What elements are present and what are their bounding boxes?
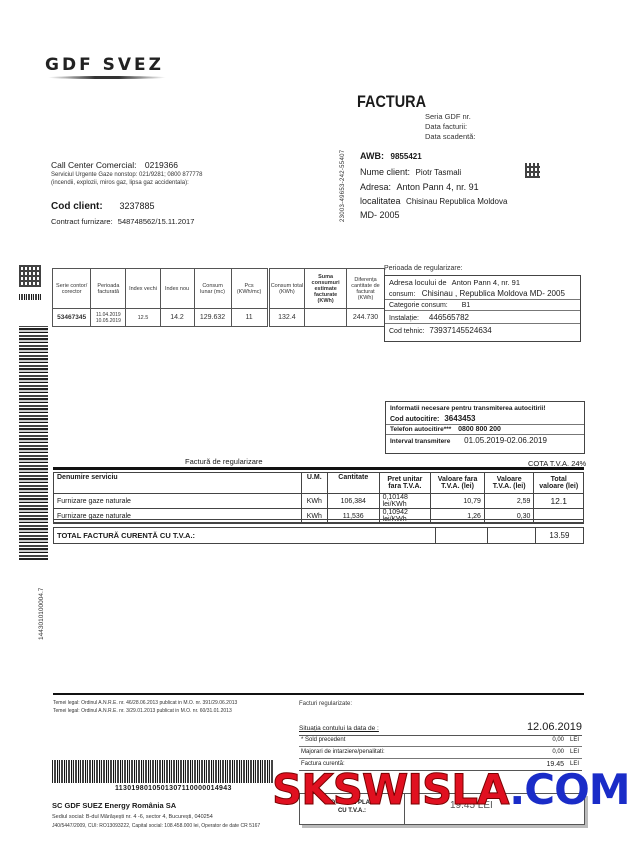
adresa-loc-value: Anton Pann 4, nr. 91	[452, 278, 520, 287]
cod-autocitire-value: 3643453	[444, 414, 475, 423]
situatia-row: Situația contului la data de : 12.06.201…	[299, 723, 582, 736]
data-facturii-label: Data facturii:	[425, 122, 467, 131]
header-denumire: Denumire serviciu	[54, 473, 302, 494]
cell-diferenta: 244.730	[347, 309, 385, 327]
urgente-line-2: (incendii, explozii, miros gaz, lipsa ga…	[51, 180, 189, 186]
awb-label: AWB:	[360, 151, 384, 161]
account-row: Majorari de intarziere/penalitati: 0,00 …	[299, 747, 582, 759]
header-total: Total valoare (lei)	[534, 473, 584, 494]
row-0-um: KWh	[301, 494, 327, 509]
meter-table-header: Serie contor/ corector Perioada facturat…	[53, 269, 385, 309]
cod-tehnic-label: Cod tehnic:	[389, 328, 424, 335]
watermark: SKSWISLA.COM	[272, 765, 630, 814]
facturi-regularizate-label: Facturi regularizate:	[299, 701, 352, 707]
row-0-cantitate: 106,384	[327, 494, 379, 509]
localitatea-value: Chisinau Republica Moldova	[406, 197, 507, 206]
invoice-title: FACTURA	[357, 92, 426, 112]
total-empty-1	[435, 528, 487, 544]
header-serie: Serie contor/ corector	[53, 269, 91, 309]
watermark-red: SKSWISLA	[272, 765, 509, 814]
logo-swoosh-decoration	[48, 76, 166, 79]
small-barcode-icon	[19, 294, 41, 300]
majorari-label: Majorari de intarziere/penalitati:	[301, 749, 385, 755]
consum-row: consum: Chisinau , Republica Moldova MD-…	[385, 287, 580, 300]
situatia-label: Situația contului la data de :	[299, 725, 379, 732]
autocitire-box: Informatii necesare pentru transmiterea …	[385, 401, 585, 454]
telefon-autocitire-label: Telefon autocitire***	[390, 426, 451, 433]
company-reg: J40/5447/2009, CUI: RO13093222, Capital …	[52, 823, 260, 828]
qr-code-icon	[525, 163, 540, 178]
consum-label: consum:	[389, 291, 415, 298]
instalatie-value: 446565782	[429, 313, 469, 322]
cod-tehnic-row: Cod tehnic: 73937145524634	[385, 324, 580, 335]
cell-serie: 53467345	[53, 309, 91, 327]
header-pret: Pret unitar fara T.V.A.	[379, 473, 431, 494]
call-center-label: Call Center Comercial:	[51, 160, 137, 170]
legal-line-2: Temei legal: Ordinul A.N.R.E. nr. 3/29.0…	[53, 708, 232, 714]
header-diferenta: Diferența cantitate de facturat (KWh)	[347, 269, 385, 309]
row-0-valoare: 10,79	[431, 494, 485, 509]
vertical-code: 23003-49653-242-55407	[340, 150, 346, 222]
services-header: Denumire serviciu U.M. Cantitate Pret un…	[54, 473, 584, 494]
call-center-value: 0219366	[145, 160, 178, 170]
total-value: 13.59	[535, 528, 583, 544]
situatia-date: 12.06.2019	[527, 721, 582, 733]
autocitire-title: Informatii necesare pentru transmiterea …	[386, 402, 584, 413]
header-consum-total: Consum total (KWh)	[268, 269, 305, 309]
total-label: TOTAL FACTURĂ CURENTĂ CU T.V.A.:	[54, 528, 436, 544]
header-suma-estimate: Suma consumuri estimate facturate (KWh)	[305, 269, 347, 309]
total-row: TOTAL FACTURĂ CURENTĂ CU T.V.A.: 13.59	[54, 528, 584, 544]
header-cantitate: Cantitate	[327, 473, 379, 494]
double-rule	[53, 519, 584, 523]
legal-line-1: Temei legal: Ordinul A.N.R.E. nr. 46/28.…	[53, 700, 237, 706]
gdf-suez-logo: GDF SVEZ	[45, 55, 164, 75]
adresa: Adresa: Anton Pann 4, nr. 91	[360, 182, 479, 192]
cod-autocitire-row: Cod autocitire: 3643453	[386, 413, 584, 425]
contract: Contract furnizare: 548748562/15.11.2017	[51, 217, 194, 226]
vertical-barcode	[19, 326, 48, 560]
company-sediu: Sediul social: B-dul Mărășești nr. 4 -6,…	[52, 814, 213, 820]
header-pcs: Pcs (KWh/mc)	[231, 269, 268, 309]
section-title: Factură de regularizare	[185, 457, 263, 466]
row-0-total: 12.1	[534, 494, 584, 509]
location-box: Adresa locului de Anton Pann 4, nr. 91 c…	[384, 275, 581, 342]
watermark-blue: .COM	[509, 765, 629, 814]
localitatea: localitatea Chisinau Republica Moldova	[360, 196, 507, 206]
cod-tehnic-value: 73937145524634	[429, 326, 491, 335]
sold-precedent-value: 0,00	[552, 737, 564, 743]
cell-index-vechi: 12.5	[126, 309, 160, 327]
awb: AWB: 9855421	[360, 151, 422, 161]
cod-client: Cod client: 3237885	[51, 201, 155, 212]
majorari-unit: LEI	[570, 749, 579, 755]
total-empty-2	[487, 528, 535, 544]
adresa-value: Anton Pann 4, nr. 91	[397, 182, 479, 192]
account-row: * Sold precedent 0,00 LEI	[299, 736, 582, 747]
adresa-loc-consum: Adresa locului de Anton Pann 4, nr. 91	[385, 276, 580, 287]
header-um: U.M.	[301, 473, 327, 494]
majorari-value: 0,00	[552, 749, 564, 755]
categorie-value: B1	[462, 302, 471, 309]
perioada-start: 11.04.2019	[92, 312, 124, 318]
instalatie-label: Instalație:	[389, 315, 419, 322]
cell-suma-estimate	[305, 309, 347, 327]
cell-perioada: 11.04.201910.05.2019	[91, 309, 126, 327]
vertical-number: 1443010100004.7	[38, 588, 45, 640]
interval-value: 01.05.2019-02.06.2019	[464, 436, 547, 445]
header-tva: Valoare T.V.A. (lei)	[484, 473, 534, 494]
footer-barcode-number: 1130198010501307110000014943	[115, 785, 232, 792]
telefon-autocitire-row: Telefon autocitire*** 0800 800 200	[386, 425, 584, 435]
section-divider	[53, 467, 584, 470]
perioada-regularizare-label: Perioada de regularizare:	[384, 265, 463, 272]
nume-value: Piotr Tasmali	[416, 168, 462, 177]
perioada-end: 10.05.2019	[92, 318, 124, 324]
cod-client-value: 3237885	[119, 201, 154, 211]
categorie-label: Categorie consum:	[389, 302, 448, 309]
call-center: Call Center Comercial: 0219366	[51, 160, 178, 170]
legal-divider	[53, 693, 584, 695]
consum-value: Chisinau , Republica Moldova MD- 2005	[422, 289, 565, 298]
datamatrix-code-icon	[19, 265, 41, 287]
telefon-autocitire-value: 0800 800 200	[458, 426, 501, 433]
localitatea-label: localitatea	[360, 196, 401, 206]
header-perioada: Perioada facturată	[91, 269, 126, 309]
contract-value: 548748562/15.11.2017	[118, 217, 195, 226]
interval-row: Interval transmitere 01.05.2019-02.06.20…	[386, 435, 584, 446]
sold-precedent-unit: LEI	[570, 737, 579, 743]
nume-label: Nume client:	[360, 167, 410, 177]
nume-client: Nume client: Piotr Tasmali	[360, 167, 461, 177]
row-0-name: Furnizare gaze naturale	[54, 494, 302, 509]
header-consum-lunar: Consum lunar (mc)	[194, 269, 231, 309]
company-name: SC GDF SUEZ Energy România SA	[52, 801, 176, 810]
adresa-label: Adresa:	[360, 182, 391, 192]
interval-label: Interval transmitere	[390, 438, 450, 445]
data-scadenta-label: Data scadentă:	[425, 132, 475, 141]
footer-barcode	[52, 760, 274, 783]
cod-client-label: Cod client:	[51, 201, 103, 212]
meter-table: Serie contor/ corector Perioada facturat…	[52, 268, 385, 327]
cell-consum-lunar: 129.632	[194, 309, 231, 327]
services-table: Denumire serviciu U.M. Cantitate Pret un…	[53, 472, 584, 524]
contract-label: Contract furnizare:	[51, 217, 113, 226]
cod-postal: MD- 2005	[360, 210, 400, 220]
header-valoare: Valoare fara T.V.A. (lei)	[431, 473, 485, 494]
service-row: Furnizare gaze naturale KWh 106,384 0,10…	[54, 494, 584, 509]
cod-autocitire-label: Cod autocitire:	[390, 416, 439, 423]
header-index-nou: Index nou	[160, 269, 194, 309]
seria-label: Seria GDF nr.	[425, 112, 471, 121]
categorie-row: Categorie consum: B1	[385, 300, 580, 311]
awb-value: 9855421	[391, 152, 422, 161]
cell-pcs: 11	[231, 309, 268, 327]
row-0-tva: 2,59	[484, 494, 534, 509]
header-index-vechi: Index vechi	[126, 269, 160, 309]
row-0-pret: 0,10148 lei/KWh	[379, 494, 431, 509]
urgente-line-1: Serviciul Urgente Gaze nonstop: 021/9281…	[51, 172, 202, 178]
adresa-loc-label: Adresa locului de	[389, 278, 447, 287]
cell-consum-total: 132.4	[268, 309, 305, 327]
meter-table-row: 53467345 11.04.201910.05.2019 12.5 14.2 …	[53, 309, 385, 327]
instalatie-row: Instalație: 446565782	[385, 311, 580, 324]
cell-index-nou: 14.2	[160, 309, 194, 327]
sold-precedent-label: * Sold precedent	[301, 737, 345, 743]
total-table: TOTAL FACTURĂ CURENTĂ CU T.V.A.: 13.59	[53, 527, 584, 544]
